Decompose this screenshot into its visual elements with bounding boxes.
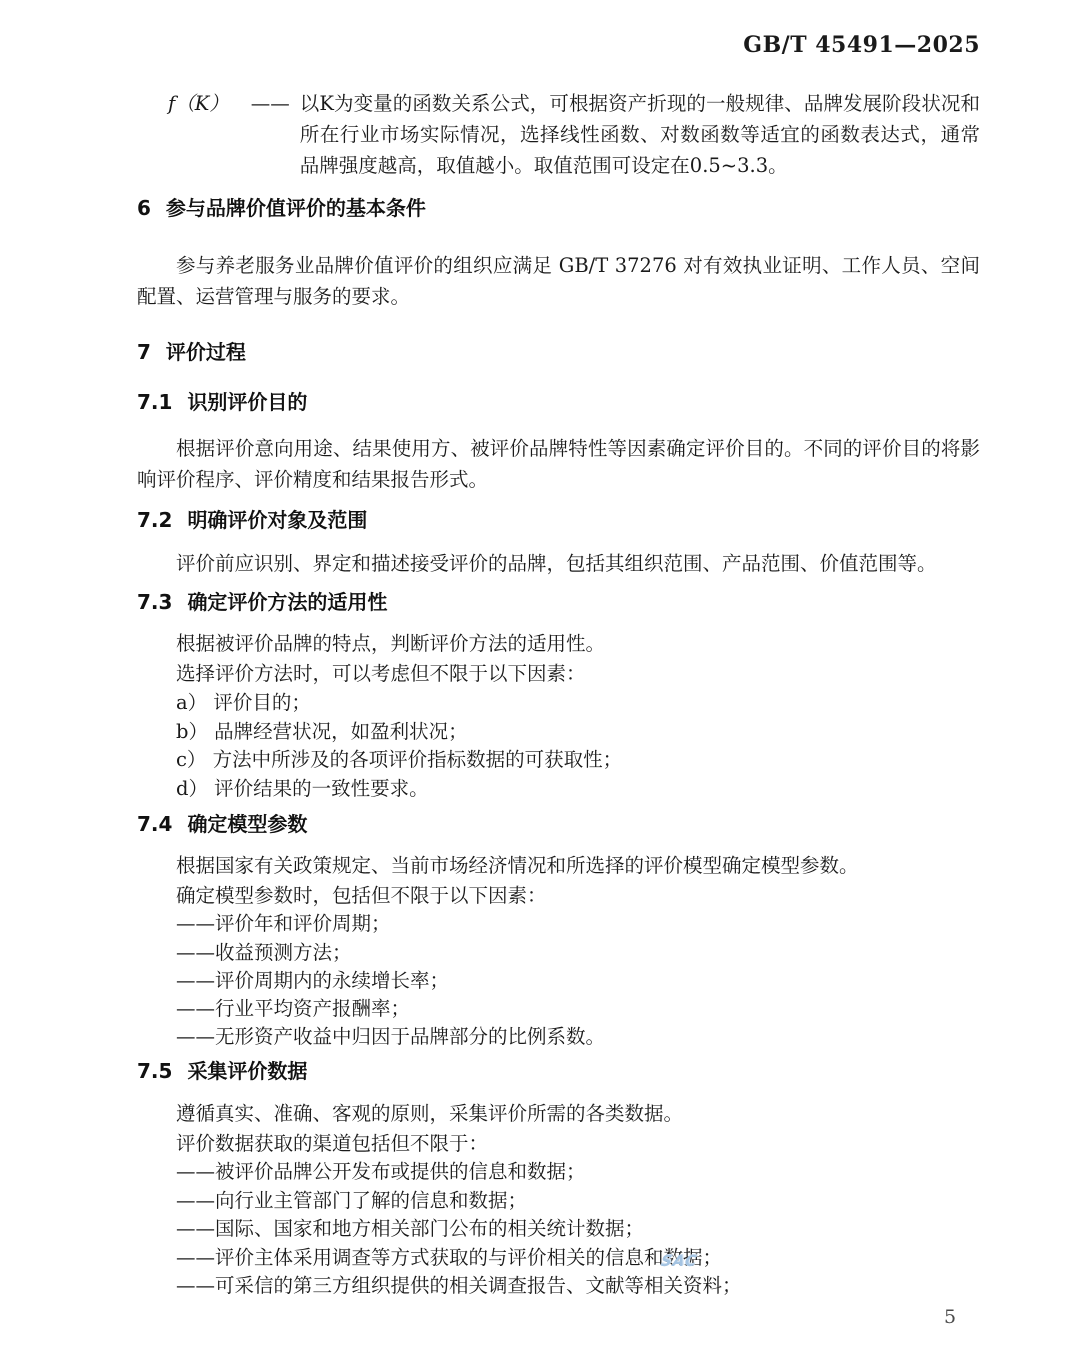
section-6-paragraph: 参与养老服务业品牌价值评价的组织应满足 GB/T 37276 对有效执业证明、工… (137, 250, 980, 312)
dash-item-7-5-4: ——评价主体采用调查等方式获取的与评价相关的信息和数据； (137, 1243, 980, 1273)
section-7-3-paragraph-2: 选择评价方法时，可以考虑但不限于以下因素： (137, 659, 980, 689)
section-7-4-paragraph-1: 根据国家有关政策规定、当前市场经济情况和所选择的评价模型确定模型参数。 (137, 851, 980, 881)
list-item-a: a） 评价目的； (137, 688, 980, 718)
standard-number-header: GB/T 45491—2025 (743, 32, 980, 58)
dash-item-7-5-2: ——向行业主管部门了解的信息和数据； (137, 1186, 980, 1216)
list-item-c: c） 方法中所涉及的各项评价指标数据的可获取性； (137, 745, 980, 775)
section-7-3-heading: 7.3确定评价方法的适用性 (137, 589, 980, 615)
section-7-5-paragraph-2: 评价数据获取的渠道包括但不限于： (137, 1129, 980, 1159)
dash-item-7-5-3: ——国际、国家和地方相关部门公布的相关统计数据； (137, 1214, 980, 1244)
section-7-5-number: 7.5 (137, 1059, 172, 1083)
section-7-2-heading: 7.2明确评价对象及范围 (137, 507, 980, 533)
dash-item-7-5-5: ——可采信的第三方组织提供的相关调查报告、文献等相关资料； (137, 1271, 980, 1301)
section-6-heading: 6参与品牌价值评价的基本条件 (137, 195, 980, 221)
section-7-2-number: 7.2 (137, 508, 172, 532)
section-7-number: 7 (137, 340, 151, 364)
section-7-4-heading: 7.4确定模型参数 (137, 811, 980, 837)
section-7-title: 评价过程 (166, 340, 246, 364)
definition-term: f（K） (168, 88, 229, 119)
section-7-5-title: 采集评价数据 (187, 1059, 307, 1083)
dash-item-7-5-1: ——被评价品牌公开发布或提供的信息和数据； (137, 1157, 980, 1187)
dash-item-7-4-2: ——收益预测方法； (137, 938, 980, 968)
section-7-5-paragraph-1: 遵循真实、准确、客观的原则，采集评价所需的各类数据。 (137, 1099, 980, 1129)
definition-fk: f（K） —— 以K为变量的函数关系公式，可根据资产折现的一般规律、品牌发展阶段… (168, 88, 980, 181)
page-number: 5 (930, 1306, 970, 1328)
section-7-3-paragraph-1: 根据被评价品牌的特点，判断评价方法的适用性。 (137, 629, 980, 659)
dash-item-7-4-4: ——行业平均资产报酬率； (137, 994, 980, 1024)
sac-watermark: SAC (660, 1252, 698, 1270)
section-7-1-title: 识别评价目的 (187, 390, 307, 414)
dash-item-7-4-3: ——评价周期内的永续增长率； (137, 966, 980, 996)
dash-item-7-4-5: ——无形资产收益中归因于品牌部分的比例系数。 (137, 1022, 980, 1052)
list-item-d: d） 评价结果的一致性要求。 (137, 774, 980, 804)
section-7-3-number: 7.3 (137, 590, 172, 614)
section-7-4-title: 确定模型参数 (187, 812, 307, 836)
section-7-3-title: 确定评价方法的适用性 (187, 590, 387, 614)
section-7-2-paragraph: 评价前应识别、界定和描述接受评价的品牌，包括其组织范围、产品范围、价值范围等。 (137, 548, 980, 579)
section-7-5-heading: 7.5采集评价数据 (137, 1058, 980, 1084)
section-7-2-title: 明确评价对象及范围 (187, 508, 367, 532)
section-7-1-heading: 7.1识别评价目的 (137, 389, 980, 415)
document-page: GB/T 45491—2025 f（K） —— 以K为变量的函数关系公式，可根据… (0, 0, 1080, 1346)
section-6-number: 6 (137, 196, 151, 220)
section-7-1-paragraph: 根据评价意向用途、结果使用方、被评价品牌特性等因素确定评价目的。不同的评价目的将… (137, 433, 980, 495)
section-7-heading: 7评价过程 (137, 339, 980, 365)
definition-dash: —— (251, 88, 290, 119)
section-7-4-number: 7.4 (137, 812, 172, 836)
definition-text: 以K为变量的函数关系公式，可根据资产折现的一般规律、品牌发展阶段状况和所在行业市… (300, 88, 980, 181)
section-7-4-paragraph-2: 确定模型参数时，包括但不限于以下因素： (137, 881, 980, 911)
dash-item-7-4-1: ——评价年和评价周期； (137, 909, 980, 939)
section-6-title: 参与品牌价值评价的基本条件 (166, 196, 426, 220)
list-item-b: b） 品牌经营状况，如盈利状况； (137, 717, 980, 747)
section-7-1-number: 7.1 (137, 390, 172, 414)
